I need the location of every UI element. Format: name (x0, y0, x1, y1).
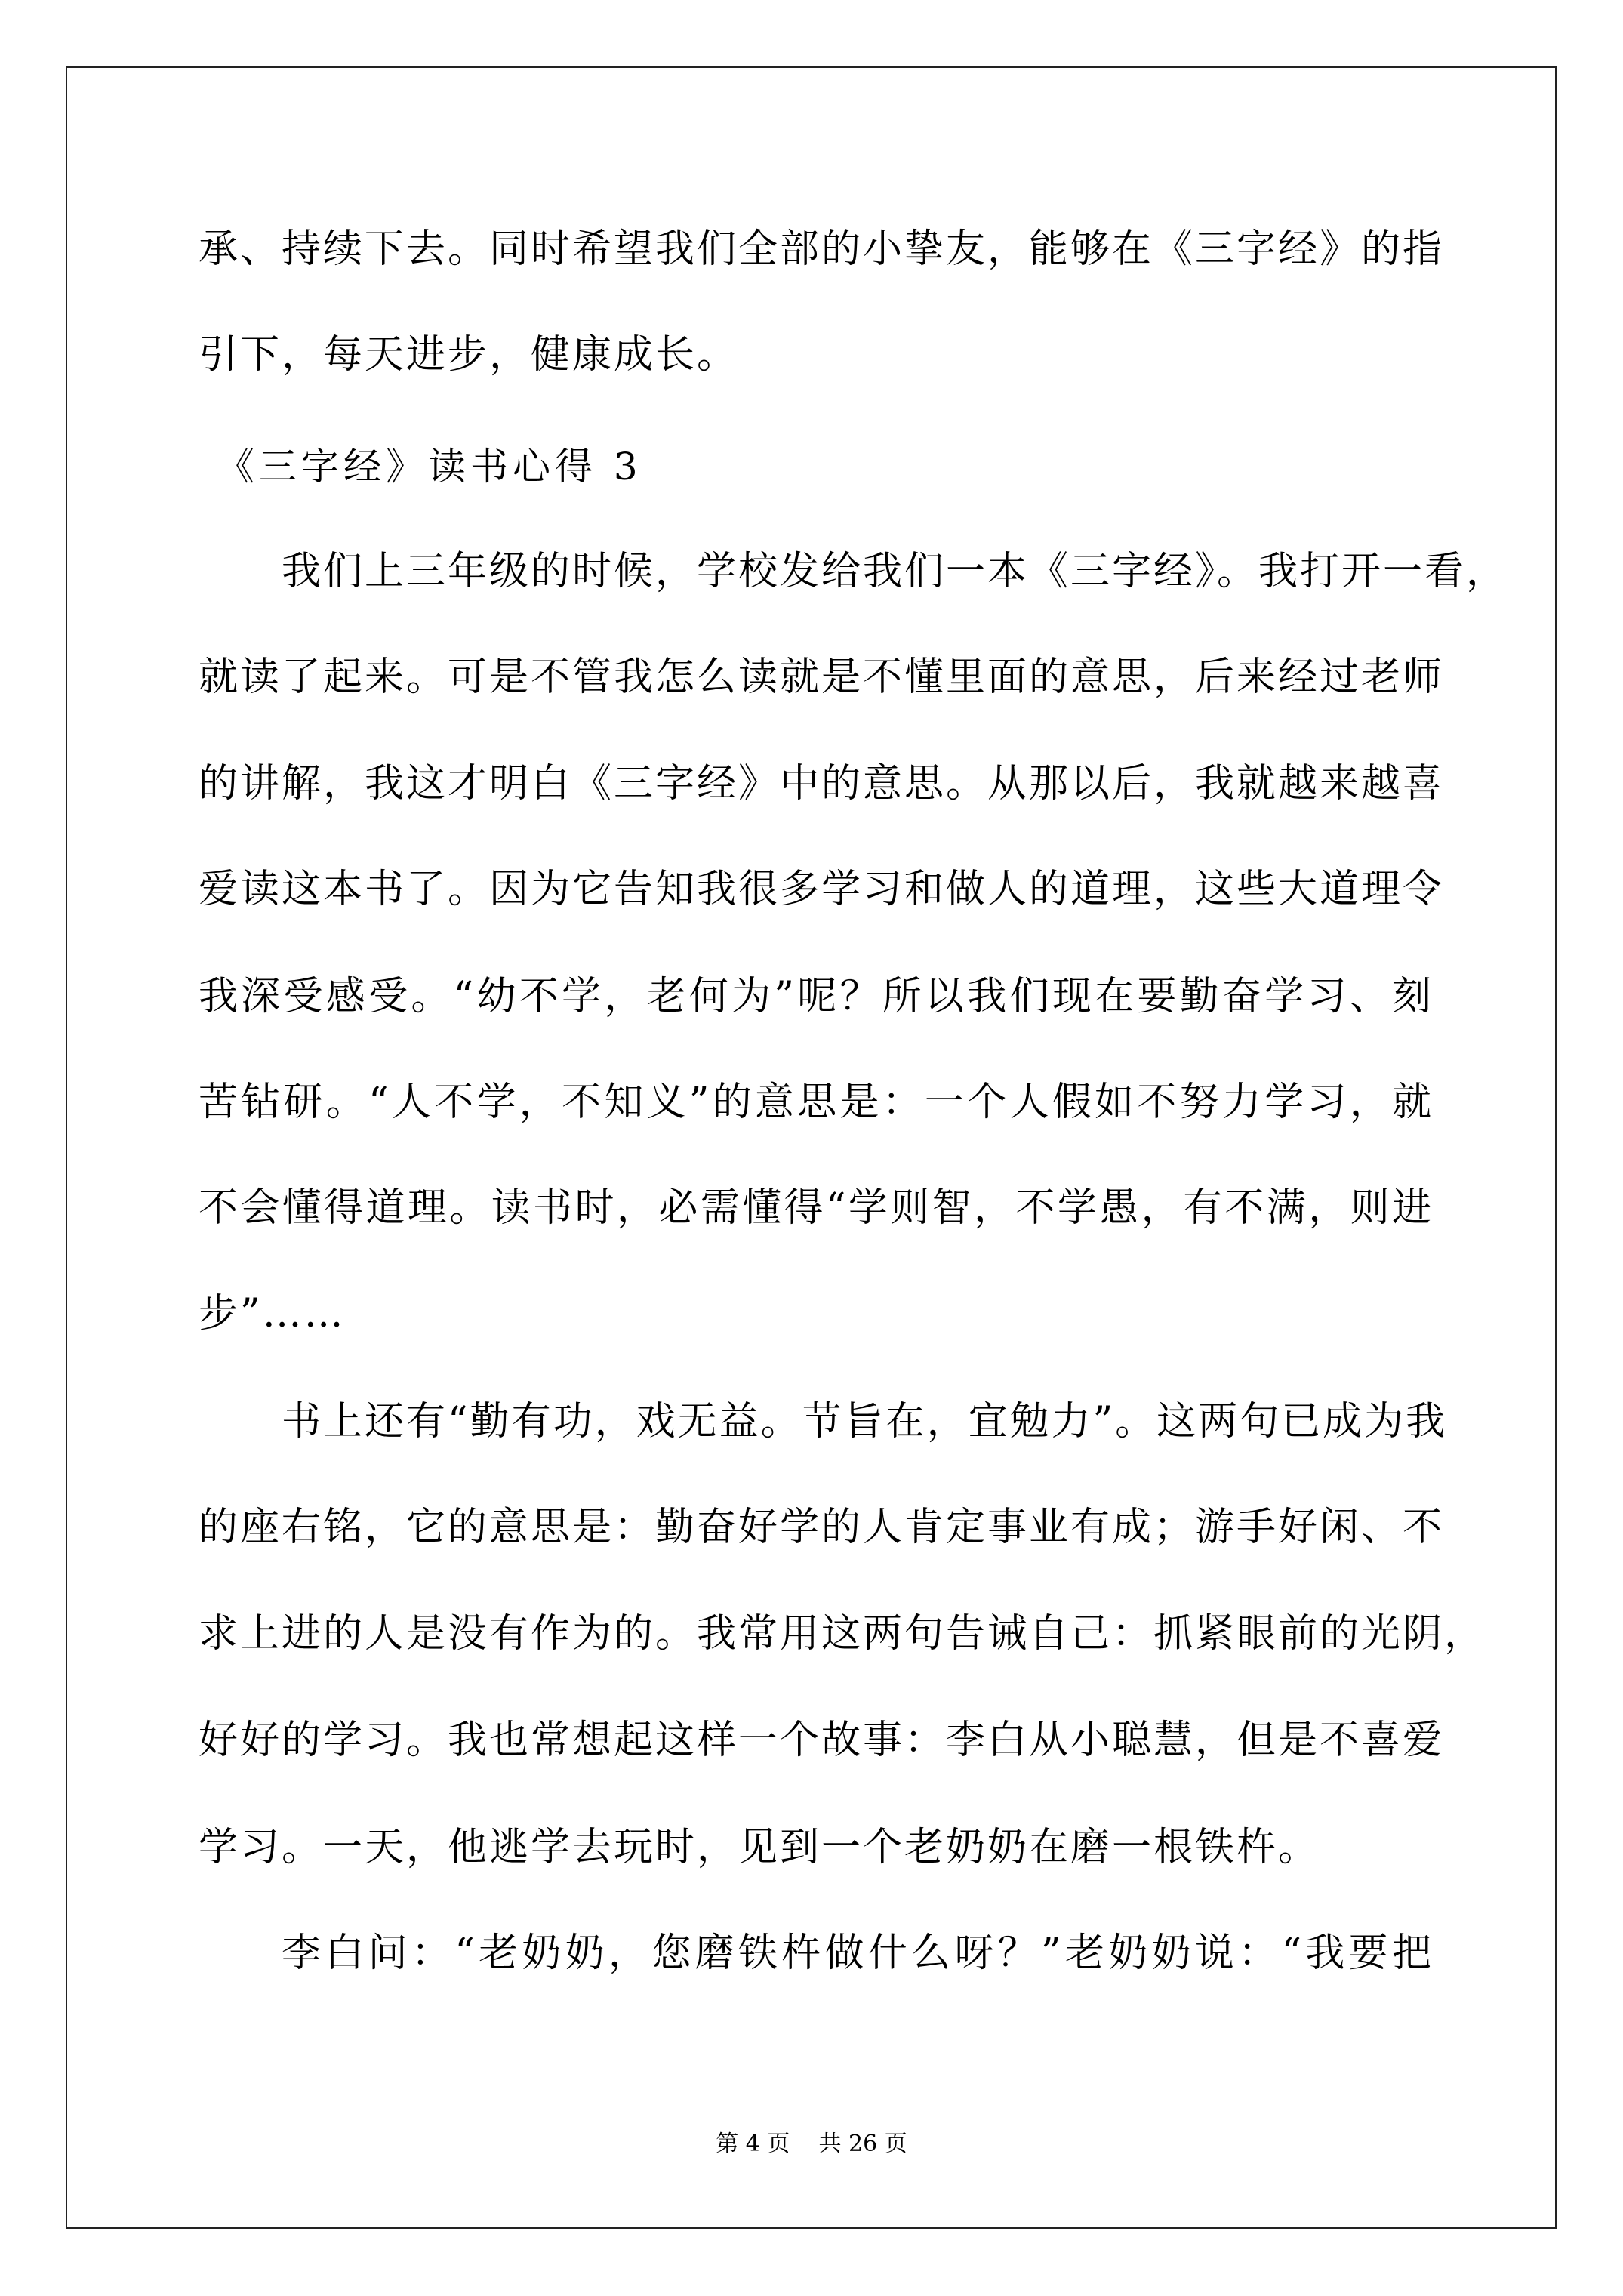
text-line: 承、持续下去。同时希望我们全部的小挚友，能够在《三字经》的指 (199, 227, 1434, 272)
text-line: 不会懂得道理。读书时，必需懂得“学则智，不学愚，有不满，则进 (199, 1185, 1434, 1231)
page-number-footer: 第 4 页 共 26 页 (0, 2131, 1623, 2158)
paragraph-first-line: 李白问：“老奶奶，您磨铁杵做什么呀？”老奶奶说：“我要把 (282, 1931, 1434, 1976)
text-line: 学习。一天，他逃学去玩时，见到一个老奶奶在磨一根铁杵。 (199, 1825, 1320, 1870)
text-line: 苦钻研。“人不学，不知义”的意思是：一个人假如不努力学习，就 (199, 1080, 1434, 1125)
text-line: 就读了起来。可是不管我怎么读就是不懂里面的意思，后来经过老师 (199, 655, 1434, 700)
page-border (66, 66, 1557, 2229)
paragraph-first-line: 书上还有“勤有功，戏无益。节旨在，宜勉力”。这两句已成为我 (282, 1399, 1434, 1444)
text-line: 爱读这本书了。因为它告知我很多学习和做人的道理，这些大道理令 (199, 867, 1434, 912)
text-line: 的座右铭，它的意思是：勤奋好学的人肯定事业有成；游手好闲、不 (199, 1505, 1434, 1550)
paragraph-first-line: 我们上三年级的时候，学校发给我们一本《三字经》。我打开一看， (282, 549, 1434, 594)
section-title: 《三字经》读书心得 3 (217, 444, 642, 489)
text-line: 我深受感受。“幼不学，老何为”呢？所以我们现在要勤奋学习、刻 (199, 974, 1434, 1019)
text-line: 好好的学习。我也常想起这样一个故事：李白从小聪慧，但是不喜爱 (199, 1718, 1434, 1763)
text-line: 引下，每天进步，健康成长。 (199, 332, 738, 378)
text-line: 步”…… (199, 1291, 346, 1336)
text-line: 的讲解，我这才明白《三字经》中的意思。从那以后，我就越来越喜 (199, 761, 1434, 806)
text-line: 求上进的人是没有作为的。我常用这两句告诫自己：抓紧眼前的光阴， (199, 1611, 1434, 1657)
